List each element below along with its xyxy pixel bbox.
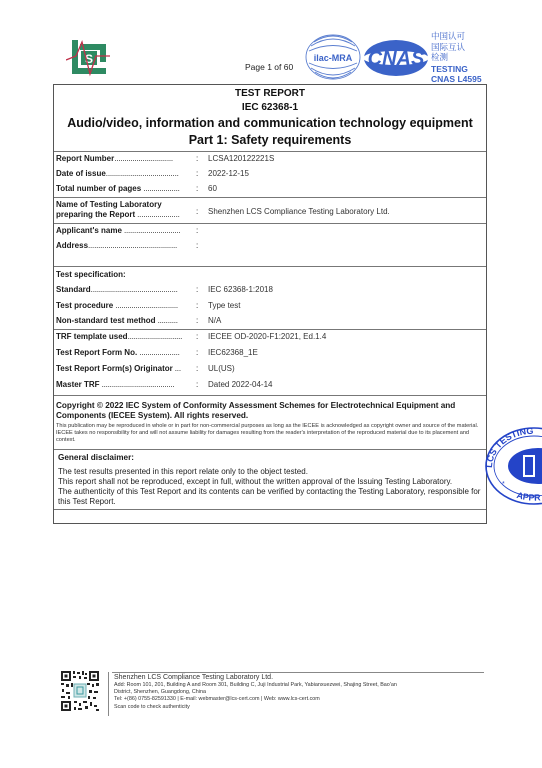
cnas-accreditation-badge: 中国认可 国际互认 检测 TESTING CNAS L4595	[431, 32, 482, 85]
field-testing-laboratory: Name of Testing Laboratorypreparing the …	[56, 198, 486, 224]
footer-company-info: Shenzhen LCS Compliance Testing Laborato…	[114, 673, 494, 711]
footer-contact: Tel: +(86) 0755-82591330 | E-mail: webma…	[114, 696, 494, 703]
cnas-testing-label: TESTING	[431, 64, 482, 75]
footer-divider-vertical	[108, 672, 109, 716]
test-spec-heading: Test specification:	[56, 270, 126, 279]
cnas-cn-line2: 国际互认	[431, 43, 482, 54]
report-cover-table: TEST REPORT IEC 62368-1 Audio/video, inf…	[53, 84, 487, 524]
report-title: TEST REPORT	[54, 88, 486, 99]
cnas-logo-icon: CNAS	[362, 38, 430, 78]
disclaimer-heading: General disclaimer:	[58, 453, 134, 462]
field-trf-template: TRF template used.......................…	[56, 330, 486, 344]
footer-address: District, Shenzhen, Guangdong, China	[114, 689, 494, 696]
divider	[54, 509, 486, 510]
qr-code-icon[interactable]	[60, 670, 100, 712]
report-subtitle: Audio/video, information and communicati…	[54, 116, 486, 130]
field-date-of-issue: Date of issue...........................…	[56, 167, 486, 181]
disclaimer-line: This report shall not be reproduced, exc…	[58, 477, 482, 487]
svg-text:*: *	[502, 481, 505, 488]
page-indicator: Page 1 of 60	[245, 62, 293, 72]
field-test-procedure: Test procedure .........................…	[56, 299, 486, 313]
disclaimer-line: The test results presented in this repor…	[58, 467, 482, 477]
ilac-mra-logo-icon: ilac-MRA	[303, 32, 363, 82]
report-standard-code: IEC 62368-1	[54, 102, 486, 113]
report-part: Part 1: Safety requirements	[54, 133, 486, 147]
disclaimer-body: The test results presented in this repor…	[58, 467, 482, 507]
approval-stamp-icon: LCS TESTING APPR *	[482, 418, 542, 508]
svg-text:CNAS: CNAS	[368, 48, 425, 70]
footer-address: Add: Room 101, 201, Building A and Room …	[114, 682, 494, 689]
svg-text:ilac-MRA: ilac-MRA	[314, 53, 353, 63]
lcs-logo-icon: S	[66, 38, 110, 78]
cnas-number: CNAS L4595	[431, 74, 482, 85]
field-trf-originator: Test Report Form(s) Originator ... :UL(U…	[56, 362, 486, 376]
field-non-standard-method: Non-standard test method .......... :N/A	[56, 314, 486, 328]
field-standard: Standard................................…	[56, 283, 486, 297]
copyright-fine-print: This publication may be reproduced in wh…	[56, 423, 482, 444]
field-report-number: Report Number...........................…	[56, 152, 486, 166]
field-applicant-name: Applicant's name .......................…	[56, 224, 486, 238]
field-master-trf: Master TRF .............................…	[56, 378, 486, 392]
disclaimer-line: The authenticity of this Test Report and…	[58, 487, 482, 507]
cnas-cn-line3: 检测	[431, 53, 482, 64]
divider	[54, 395, 486, 396]
footer-scan-note: Scan code to check authenticity	[114, 704, 494, 711]
cnas-cn-line1: 中国认可	[431, 32, 482, 43]
divider	[54, 266, 486, 267]
svg-text:APPR: APPR	[516, 490, 542, 503]
footer-company-name: Shenzhen LCS Compliance Testing Laborato…	[114, 673, 494, 682]
field-address: Address.................................…	[56, 239, 486, 253]
field-total-pages: Total number of pages ..................…	[56, 182, 486, 196]
field-trf-form-no: Test Report Form No. ...................…	[56, 346, 486, 360]
copyright-notice: Copyright © 2022 IEC System of Conformit…	[56, 401, 482, 421]
divider	[54, 449, 486, 450]
